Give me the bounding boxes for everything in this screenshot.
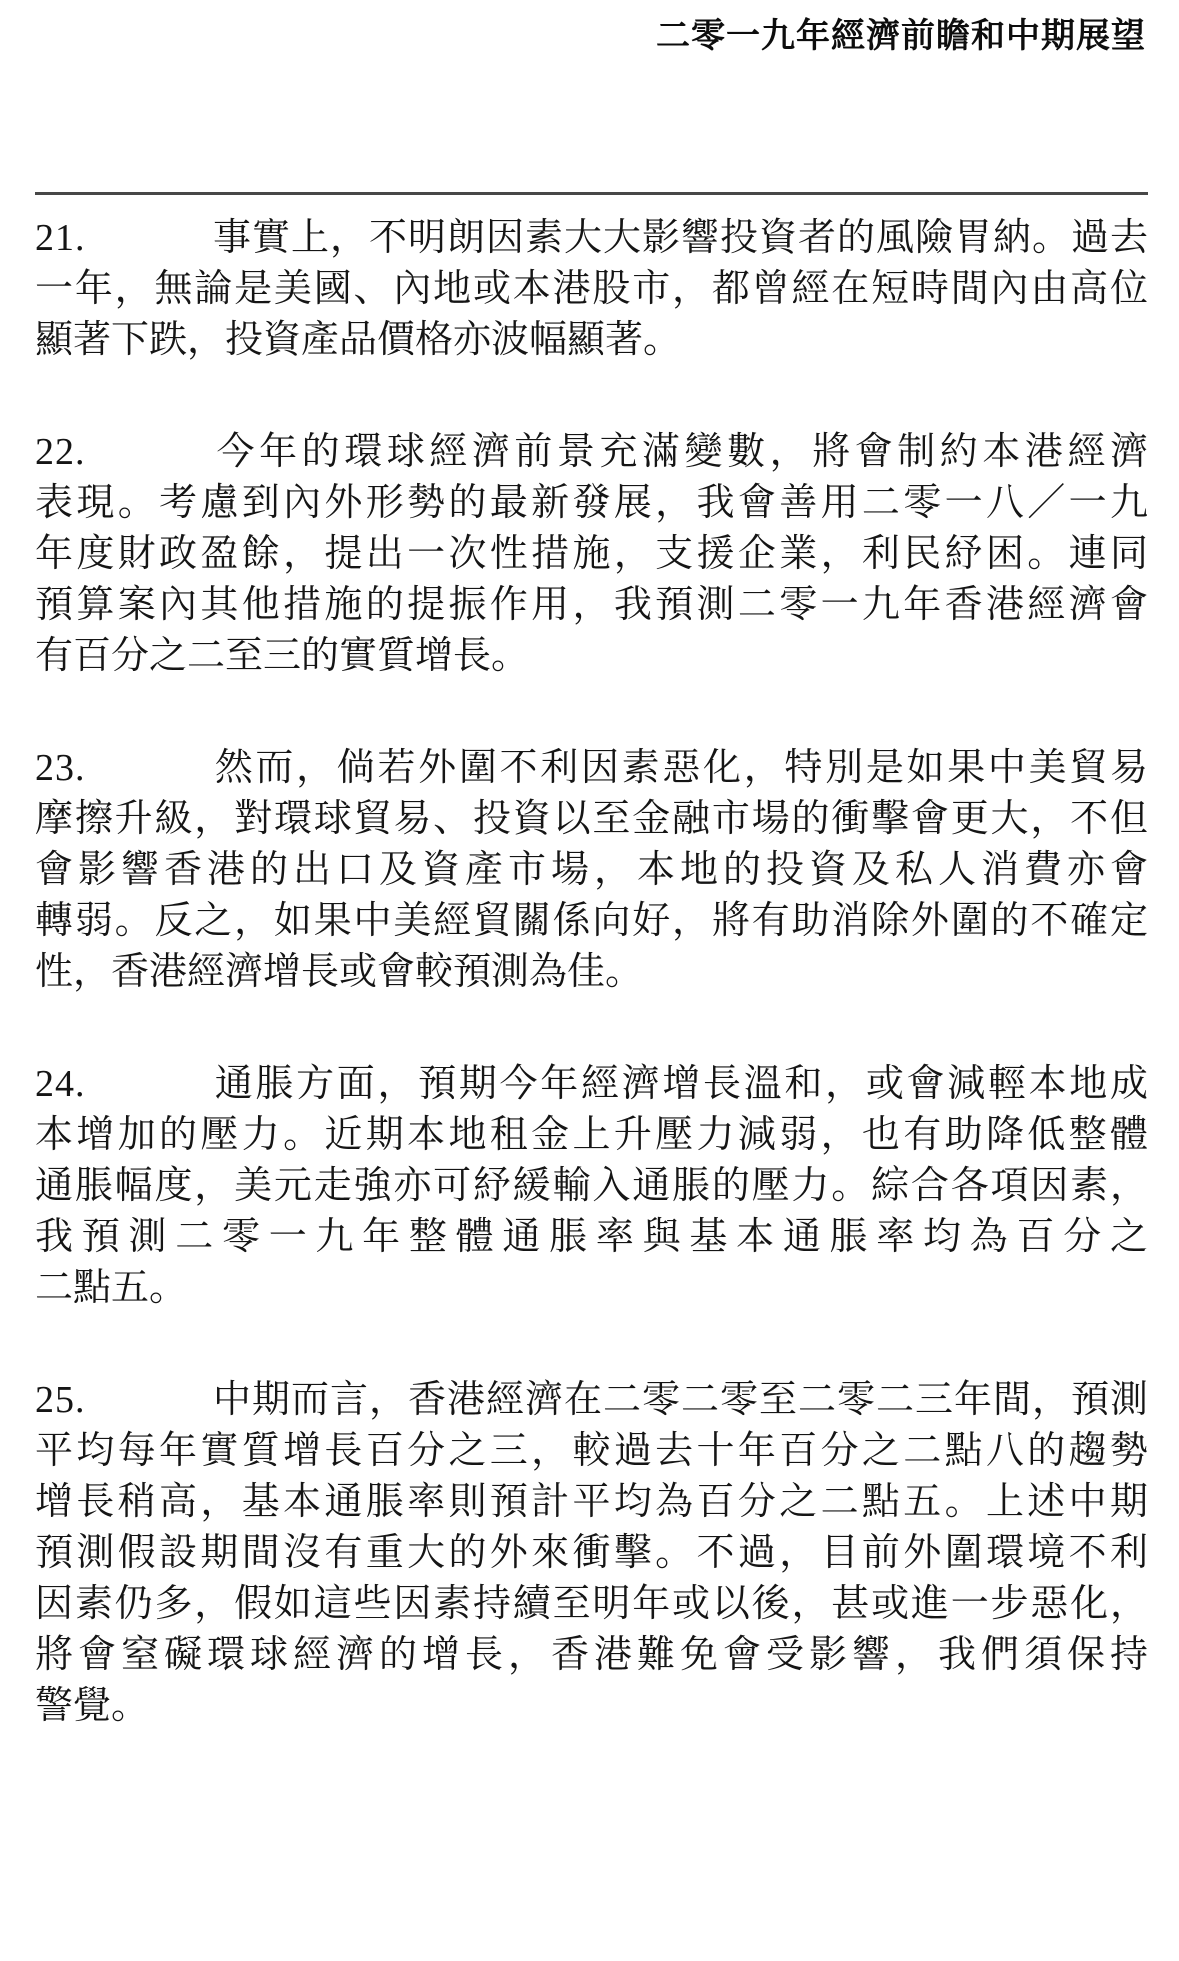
text-line: 因素仍多，假如這些因素持續至明年或以後，甚或進一步惡化，: [35, 1579, 1148, 1630]
text-line: 二點五。: [35, 1263, 1148, 1314]
text-line: 21.事實上，不明朗因素大大影響投資者的風險胃納。過去: [35, 213, 1148, 264]
line-text: 事實上，不明朗因素大大影響投資者的風險胃納。過去: [212, 217, 1148, 259]
paragraph: 23.然而，倘若外圍不利因素惡化，特別是如果中美貿易摩擦升級，對環球貿易、投資以…: [35, 743, 1148, 998]
text-line: 本增加的壓力。近期本地租金上升壓力減弱，也有助降低整體: [35, 1110, 1148, 1161]
line-text: 通脹方面，預期今年經濟增長溫和，或會減輕本地成: [212, 1063, 1148, 1105]
text-line: 年度財政盈餘，提出一次性措施，支援企業，利民紓困。連同: [35, 529, 1148, 580]
paragraph: 25.中期而言，香港經濟在二零二零至二零二三年間，預測平均每年實質增長百分之三，…: [35, 1375, 1148, 1732]
text-line: 會影響香港的出口及資產市場，本地的投資及私人消費亦會: [35, 845, 1148, 896]
paragraph: 22.今年的環球經濟前景充滿變數，將會制約本港經濟表現。考慮到內外形勢的最新發展…: [35, 427, 1148, 682]
text-line: 警覺。: [35, 1681, 1148, 1732]
line-text: 今年的環球經濟前景充滿變數，將會制約本港經濟: [212, 431, 1148, 473]
paragraph: 24.通脹方面，預期今年經濟增長溫和，或會減輕本地成本增加的壓力。近期本地租金上…: [35, 1059, 1148, 1314]
line-text: 然而，倘若外圍不利因素惡化，特別是如果中美貿易: [212, 747, 1148, 789]
paragraph-number: 25.: [35, 1375, 212, 1426]
text-line: 摩擦升級，對環球貿易、投資以至金融市場的衝擊會更大，不但: [35, 794, 1148, 845]
text-line: 預測假設期間沒有重大的外來衝擊。不過，目前外圍環境不利: [35, 1528, 1148, 1579]
paragraph: 21.事實上，不明朗因素大大影響投資者的風險胃納。過去一年，無論是美國、內地或本…: [35, 213, 1148, 366]
header-rule: [35, 192, 1148, 195]
text-line: 一年，無論是美國、內地或本港股市，都曾經在短時間內由高位: [35, 264, 1148, 315]
text-line: 我預測二零一九年整體通脹率與基本通脹率均為百分之: [35, 1212, 1148, 1263]
line-text: 中期而言，香港經濟在二零二零至二零二三年間，預測: [212, 1379, 1148, 1421]
paragraph-number: 23.: [35, 743, 212, 794]
text-line: 有百分之二至三的實質增長。: [35, 631, 1148, 682]
paragraph-number: 21.: [35, 213, 212, 264]
page-header: 二零一九年經濟前瞻和中期展望: [35, 18, 1146, 56]
text-line: 預算案內其他措施的提振作用，我預測二零一九年香港經濟會: [35, 580, 1148, 631]
text-line: 性，香港經濟增長或會較預測為佳。: [35, 947, 1148, 998]
text-line: 平均每年實質增長百分之三，較過去十年百分之二點八的趨勢: [35, 1426, 1148, 1477]
paragraph-number: 24.: [35, 1059, 212, 1110]
text-line: 24.通脹方面，預期今年經濟增長溫和，或會減輕本地成: [35, 1059, 1148, 1110]
text-line: 通脹幅度，美元走強亦可紓緩輸入通脹的壓力。綜合各項因素，: [35, 1161, 1148, 1212]
text-line: 增長稍高，基本通脹率則預計平均為百分之二點五。上述中期: [35, 1477, 1148, 1528]
text-line: 轉弱。反之，如果中美經貿關係向好，將有助消除外圍的不確定: [35, 896, 1148, 947]
text-line: 顯著下跌，投資產品價格亦波幅顯著。: [35, 315, 1148, 366]
paragraph-number: 22.: [35, 427, 212, 478]
text-line: 表現。考慮到內外形勢的最新發展，我會善用二零一八／一九: [35, 478, 1148, 529]
document-page: 二零一九年經濟前瞻和中期展望 21.事實上，不明朗因素大大影響投資者的風險胃納。…: [0, 0, 1179, 1961]
text-line: 23.然而，倘若外圍不利因素惡化，特別是如果中美貿易: [35, 743, 1148, 794]
body-text: 21.事實上，不明朗因素大大影響投資者的風險胃納。過去一年，無論是美國、內地或本…: [35, 213, 1148, 1732]
text-line: 將會窒礙環球經濟的增長，香港難免會受影響，我們須保持: [35, 1630, 1148, 1681]
text-line: 25.中期而言，香港經濟在二零二零至二零二三年間，預測: [35, 1375, 1148, 1426]
text-line: 22.今年的環球經濟前景充滿變數，將會制約本港經濟: [35, 427, 1148, 478]
